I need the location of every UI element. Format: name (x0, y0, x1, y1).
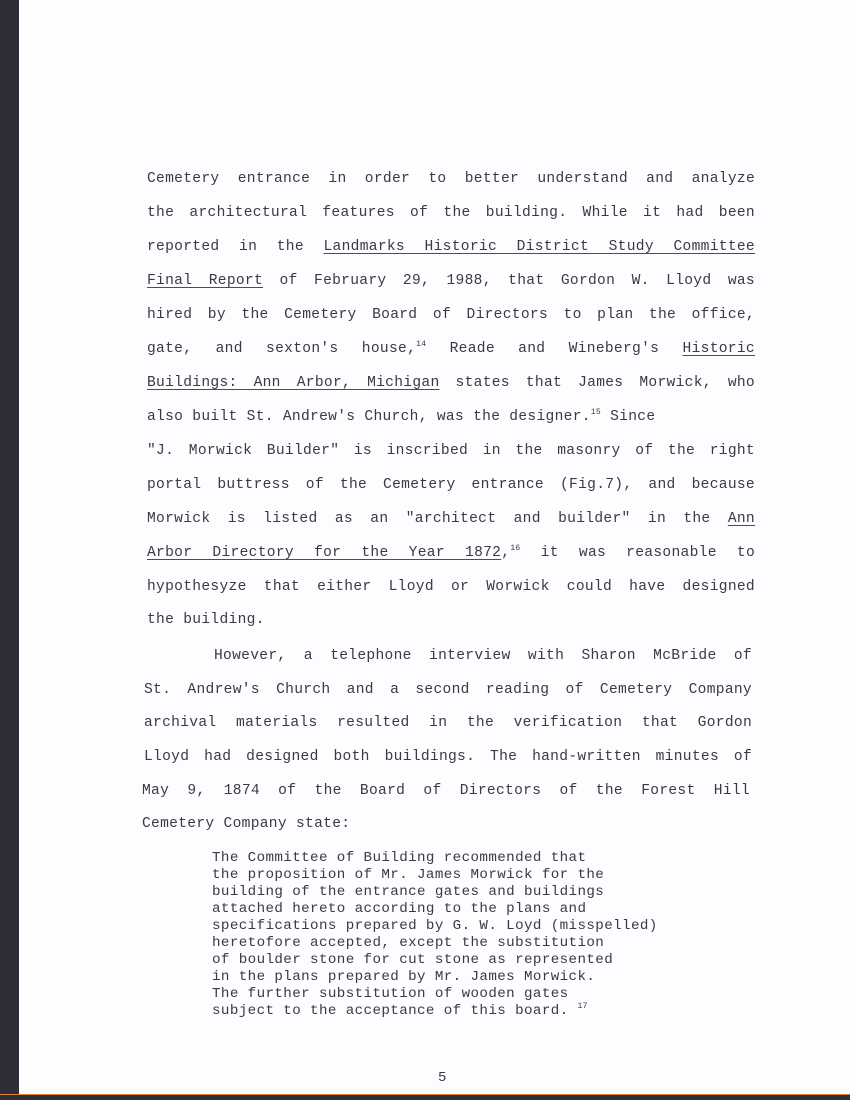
body-line: Buildings: Ann Arbor, Michigan states th… (147, 375, 755, 391)
text: gate, and sexton's house, (147, 341, 416, 357)
document-page: Cemetery entrance in order to better und… (19, 0, 850, 1094)
body-line: reported in the Landmarks Historic Distr… (147, 239, 755, 255)
body-line: May 9, 1874 of the Board of Directors of… (142, 783, 750, 799)
text: Since (601, 409, 655, 425)
text: , (501, 545, 510, 561)
report-title: Landmarks Historic District Study Commit… (323, 239, 755, 255)
quote-line: The Committee of Building recommended th… (212, 850, 586, 867)
quote-line: in the plans prepared by Mr. James Morwi… (212, 969, 595, 986)
quote-line: building of the entrance gates and build… (212, 884, 604, 901)
quote-line: subject to the acceptance of this board.… (212, 1003, 588, 1020)
text: also built St. Andrew's Church, was the … (147, 409, 591, 425)
quote-line: heretofore accepted, except the substitu… (212, 935, 604, 952)
quote-line: the proposition of Mr. James Morwick for… (212, 867, 604, 884)
body-line: Morwick is listed as an "architect and b… (147, 511, 755, 527)
scan-bottom-edge (0, 1094, 850, 1100)
text: Reade and Wineberg's (426, 341, 682, 357)
footnote-marker: 16 (510, 544, 520, 553)
body-line: hired by the Cemetery Board of Directors… (147, 307, 755, 323)
text: reported in the (147, 239, 323, 255)
quote-line: The further substitution of wooden gates (212, 986, 569, 1003)
quote-line: attached hereto according to the plans a… (212, 901, 586, 918)
footnote-marker: 15 (591, 408, 601, 417)
scan-left-edge (0, 0, 19, 1100)
body-line: portal buttress of the Cemetery entrance… (147, 477, 755, 493)
text: it was reasonable to (521, 545, 755, 561)
text: of February 29, 1988, that Gordon W. Llo… (263, 273, 755, 289)
directory-title: Arbor Directory for the Year 1872 (147, 545, 501, 561)
body-line: Final Report of February 29, 1988, that … (147, 273, 755, 289)
body-line: the building. (147, 612, 755, 628)
body-line: Cemetery Company state: (142, 816, 750, 832)
body-line: Lloyd had designed both buildings. The h… (144, 749, 752, 765)
book-title: Buildings: Ann Arbor, Michigan (147, 375, 440, 391)
body-line: "J. Morwick Builder" is inscribed in the… (147, 443, 755, 459)
book-title: Historic (683, 341, 755, 357)
text: states that James Morwick, who (440, 375, 755, 391)
quote-line: specifications prepared by G. W. Loyd (m… (212, 918, 658, 935)
body-line: St. Andrew's Church and a second reading… (144, 682, 752, 698)
page-number: 5 (438, 1070, 446, 1086)
report-title: Final Report (147, 273, 263, 289)
body-line: However, a telephone interview with Shar… (214, 648, 752, 664)
body-line: the architectural features of the buildi… (147, 205, 755, 221)
text: subject to the acceptance of this board. (212, 1003, 569, 1019)
footnote-marker: 14 (416, 340, 426, 349)
body-line: hypothesyze that either Lloyd or Worwick… (147, 579, 755, 595)
quote-line: of boulder stone for cut stone as repres… (212, 952, 613, 969)
text: Morwick is listed as an "architect and b… (147, 511, 728, 527)
body-line: also built St. Andrew's Church, was the … (147, 409, 727, 425)
directory-title: Ann (728, 511, 755, 527)
footnote-marker: 17 (577, 1002, 587, 1011)
body-line: Arbor Directory for the Year 1872,16 it … (147, 545, 755, 561)
body-line: gate, and sexton's house,14 Reade and Wi… (147, 341, 755, 357)
body-line: archival materials resulted in the verif… (144, 715, 752, 731)
body-line: Cemetery entrance in order to better und… (147, 171, 755, 187)
